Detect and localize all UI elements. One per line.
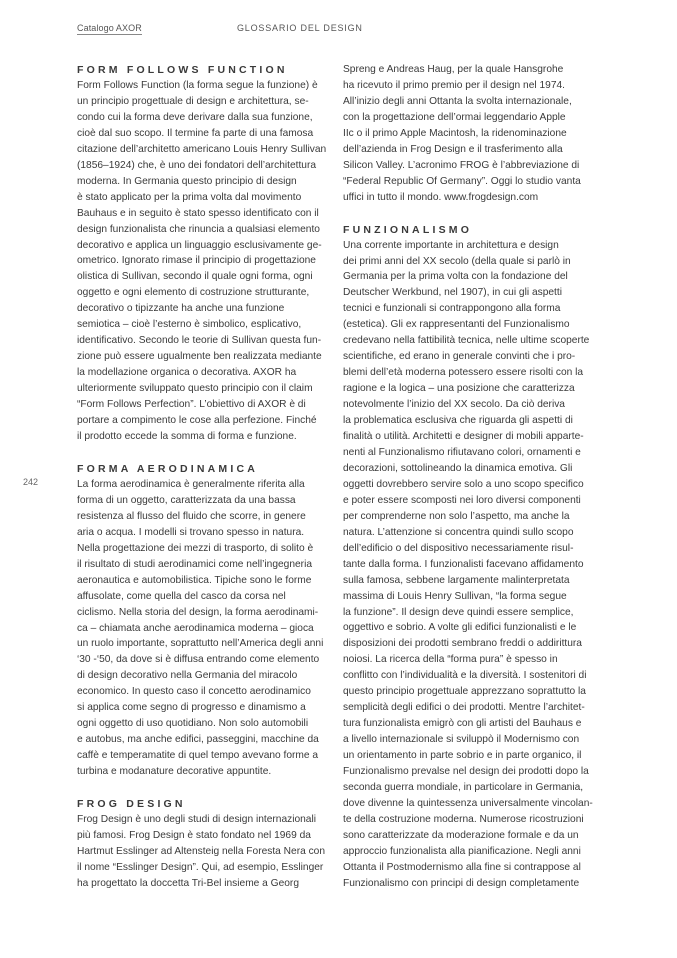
entry-body: La forma aerodinamica è generalmente rif… <box>77 477 347 780</box>
entry-funzionalismo: FUNZIONALISMO Una corrente importante in… <box>343 222 613 892</box>
entry-forma-aerodinamica: FORMA AERODINAMICA La forma aerodinamica… <box>77 461 347 780</box>
entry-heading: FORM FOLLOWS FUNCTION <box>77 62 347 78</box>
right-column: Spreng e Andreas Haug, per la quale Hans… <box>343 62 613 892</box>
page-number: 242 <box>23 477 38 487</box>
left-column: FORM FOLLOWS FUNCTION Form Follows Funct… <box>77 62 347 892</box>
entry-frog-design-continued: Spreng e Andreas Haug, per la quale Hans… <box>343 62 613 206</box>
entry-body: Form Follows Function (la forma segue la… <box>77 78 347 445</box>
entry-heading: FROG DESIGN <box>77 796 347 812</box>
entry-heading: FORMA AERODINAMICA <box>77 461 347 477</box>
entry-frog-design: FROG DESIGN Frog Design è uno degli stud… <box>77 796 347 892</box>
catalog-link[interactable]: Catalogo AXOR <box>77 23 142 35</box>
entry-body-continuation: Spreng e Andreas Haug, per la quale Hans… <box>343 62 613 206</box>
entry-body: Una corrente importante in architettura … <box>343 238 613 892</box>
entry-heading: FUNZIONALISMO <box>343 222 613 238</box>
entry-form-follows-function: FORM FOLLOWS FUNCTION Form Follows Funct… <box>77 62 347 445</box>
section-title: GLOSSARIO DEL DESIGN <box>237 23 363 33</box>
entry-body: Frog Design è uno degli studi di design … <box>77 812 347 892</box>
